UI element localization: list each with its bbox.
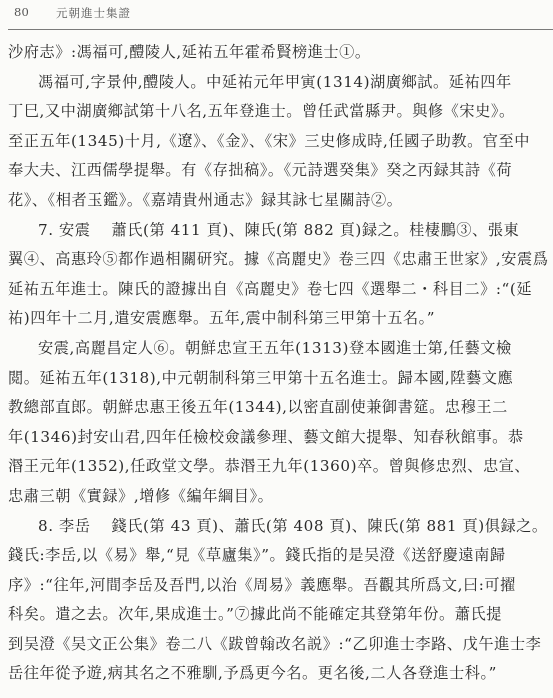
running-header: 80 元朝進士集證 (12, 3, 552, 27)
text-line: 丁巳,又中湖廣鄉試第十八名,五年登進士。曾任武當縣尹。與修《宋史》。 (8, 97, 549, 127)
text-line: 奉大夫、江西儒學提舉。有《存拙稿》。《元詩選癸集》癸之丙録其詩《荷 (8, 156, 549, 186)
text-line: 馮福可,字景仲,醴陵人。中延祐元年甲寅(1314)湖廣鄉試。延祐四年 (8, 68, 549, 98)
text-line: 到吴澄《吴文正公集》卷二八《跋曾翰改名説》:“乙卯進士李路、戊午進士李 (8, 630, 549, 660)
text-line: 安震,高麗昌定人⑥。朝鮮忠宣王五年(1313)登本國進士第,任藝文檢 (8, 334, 549, 364)
text-line: 8. 李岳 錢氏(第 43 頁)、蕭氏(第 408 頁)、陳氏(第 881 頁)… (8, 512, 549, 542)
text-line: 科矣。遣之去。次年,果成進士。”⑦據此尚不能確定其登第年份。蕭氏提 (8, 600, 549, 630)
text-line: 錢氏:李岳,以《易》舉,“見《草廬集》”。錢氏指的是吴澄《送舒慶遠南歸 (8, 541, 549, 571)
text-line: 序》:“往年,河間李岳及吾門,以治《周易》義應舉。吾觀其所爲文,曰:可擢 (8, 571, 549, 601)
text-line: 沙府志》:馮福可,醴陵人,延祐五年霍希賢榜進士①。 (8, 38, 549, 68)
text-line: 祐)四年十二月,遣安震應舉。五年,震中制科第三甲第十五名。” (8, 304, 549, 334)
text-line: 教總部直郎。朝鮮忠惠王後五年(1344),以密直副使兼御書筵。忠穆王二 (8, 393, 549, 423)
text-line: 延祐五年進士。陳氏的證據出自《高麗史》卷七四《選舉二・科目二》:“(延 (8, 275, 549, 305)
book-title: 元朝進士集證 (56, 5, 131, 21)
text-line: 湣王元年(1352),任政堂文學。恭湣王九年(1360)卒。曾與修忠烈、忠宣、 (8, 452, 549, 482)
text-line: 7. 安震 蕭氏(第 411 頁)、陳氏(第 882 頁)録之。桂棲鵬③、張東 (8, 216, 549, 246)
text-line: 閲。延祐五年(1318),中元朝制科第三甲第十五名進士。歸本國,陞藝文應 (8, 364, 549, 394)
header-rule (8, 29, 553, 30)
text-line: 年(1346)封安山君,四年任檢校僉議參理、藝文館大提舉、知春秋館事。恭 (8, 423, 549, 453)
body-text: 沙府志》:馮福可,醴陵人,延祐五年霍希賢榜進士①。 馮福可,字景仲,醴陵人。中延… (8, 38, 549, 689)
text-line: 忠肅三朝《實録》,增修《編年綱目》。 (8, 482, 549, 512)
text-line: 岳往年從予遊,病其名之不雅馴,予爲更今名。更名後,二人各登進士科。” (8, 659, 549, 689)
text-line: 花》、《相者玉鑑》。《嘉靖貴州通志》録其詠七星關詩②。 (8, 186, 549, 216)
text-line: 翼④、高惠玲⑤都作過相關研究。據《高麗史》卷三四《忠肅王世家》,安震爲 (8, 245, 549, 275)
page-number: 80 (14, 5, 29, 19)
text-line: 至正五年(1345)十月,《遼》、《金》、《宋》三史修成時,任國子助教。官至中 (8, 127, 549, 157)
